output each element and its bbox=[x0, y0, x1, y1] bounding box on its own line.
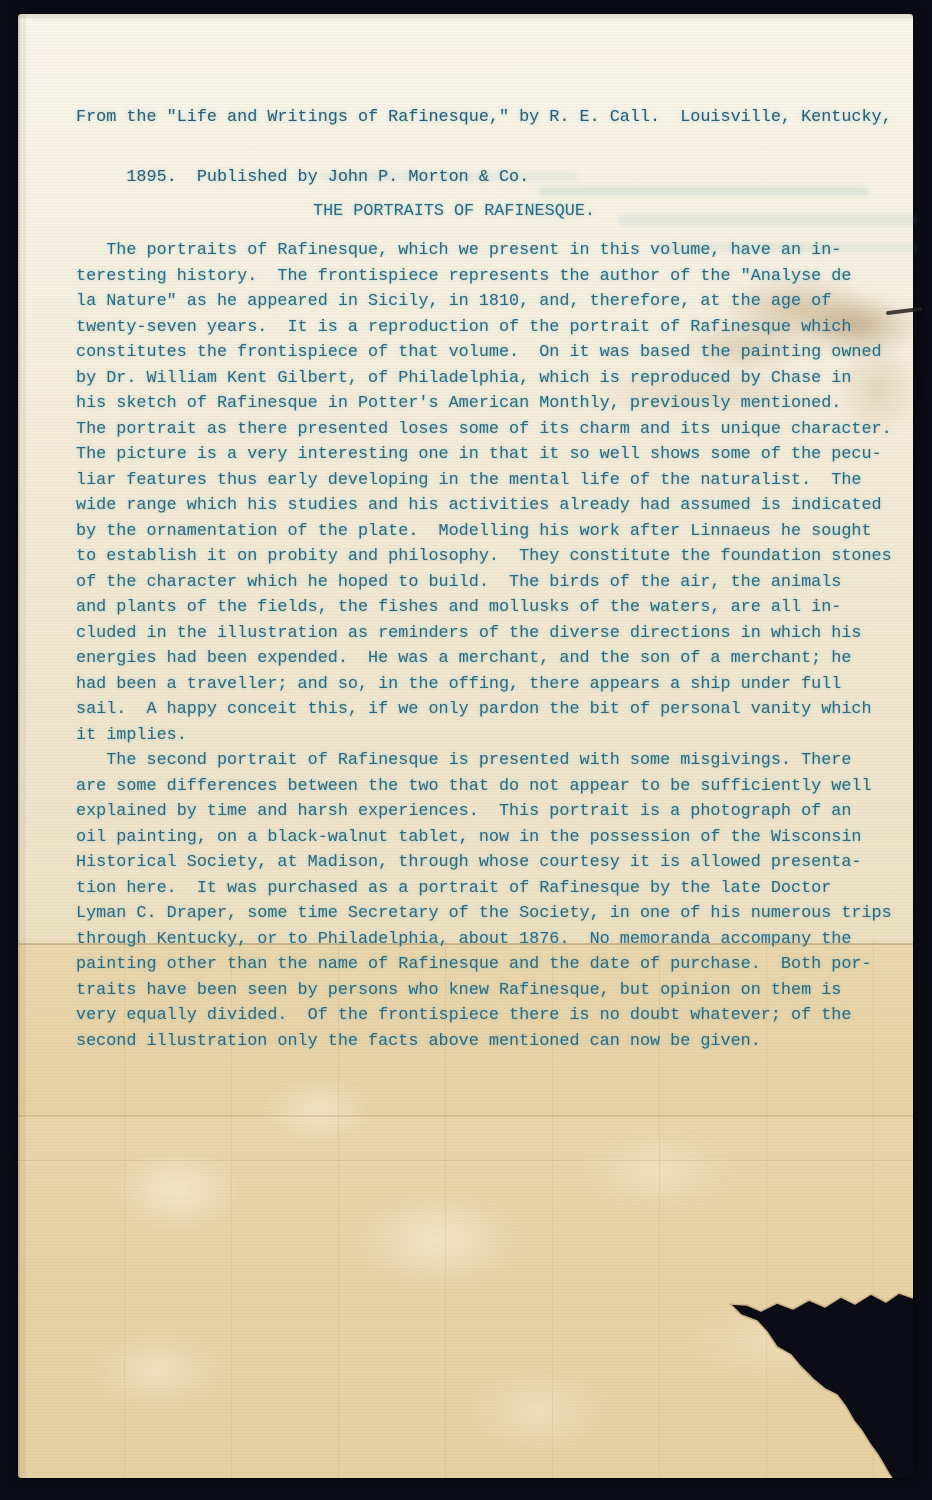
scanned-document-photo: { "colors": { "bg": "#0b0c16", "paper": … bbox=[0, 0, 932, 1500]
paragraph-2: The second portrait of Rafinesque is pre… bbox=[76, 748, 892, 1054]
source-citation-line1: From the "Life and Writings of Rafinesqu… bbox=[76, 108, 892, 127]
typed-text-layer: From the "Life and Writings of Rafinesqu… bbox=[76, 14, 912, 1478]
source-citation-line2: 1895. Published by John P. Morton & Co. bbox=[76, 168, 529, 187]
torn-corner bbox=[703, 1278, 913, 1478]
document-title: THE PORTRAITS OF RAFINESQUE. bbox=[313, 199, 595, 225]
paragraph-1: The portraits of Rafinesque, which we pr… bbox=[76, 238, 892, 748]
source-citation: From the "Life and Writings of Rafinesqu… bbox=[76, 103, 892, 193]
document-page: From the "Life and Writings of Rafinesqu… bbox=[18, 14, 913, 1478]
